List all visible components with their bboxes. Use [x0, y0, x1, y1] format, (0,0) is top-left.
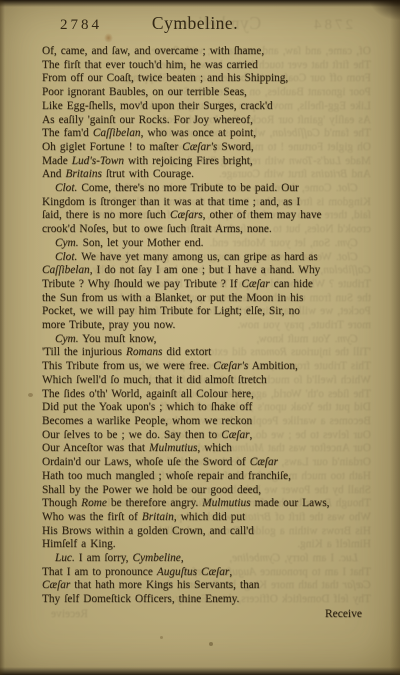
paper-stain: [160, 636, 163, 639]
text-line: And Britains ſtrut with Courage.: [42, 168, 378, 182]
paper-stain: [104, 33, 113, 43]
text-line: Oh giglet Fortune ! to maſter Cæſar's Sw…: [42, 141, 378, 155]
scan-edge-bottom: [0, 667, 400, 675]
running-title: Cymbeline.: [110, 13, 280, 34]
text-line: crook'd Noſes, but to owe ſuch ſtrait Ar…: [42, 223, 378, 237]
text-line: Cym. Son, let your Mother end.: [42, 237, 378, 251]
scan-edge-corner: [370, 0, 400, 20]
text-line: Cæſar that hath more Kings his Servants,…: [42, 579, 378, 593]
page-number: 2784: [60, 17, 102, 34]
text-line: Luc. I am ſorry, Cymbeline,: [42, 552, 378, 566]
text-line: The ſides o'th' World, againſt all Colou…: [42, 388, 378, 402]
text-line: Poor ignorant Baubles, on our terrible S…: [42, 86, 378, 100]
text-line: Clot. We have yet many among us, can gri…: [42, 251, 378, 265]
text-line: Tribute ? Why ſhould we pay Tribute ? If…: [42, 278, 378, 292]
text-line: Becomes a warlike People, whom we reckon: [42, 415, 378, 429]
catchword: Receive: [325, 608, 362, 620]
text-line: That I am to pronounce Auguſtus Cæſar,: [42, 566, 378, 580]
text-line: the Sun from us with a Blanket, or put t…: [42, 292, 378, 306]
text-line: Himſelf a King.: [42, 538, 378, 552]
scan-edge-left: [0, 0, 5, 675]
text-line: Shall by the Power we hold be our good d…: [42, 484, 378, 498]
text-line: Which ſwell'd ſo much, that it did almoſ…: [42, 374, 378, 388]
book-page: 2784 Cymbeline. Of, came, and ſaw, and o…: [0, 0, 400, 675]
text-line: Kingdom is ſtronger than it was at that …: [42, 196, 378, 210]
text-line: Clot. Come, there's no more Tribute to b…: [42, 182, 378, 196]
scan-edge-top: [0, 0, 400, 7]
text-line: This Tribute from us, we were free. Cæſa…: [42, 360, 378, 374]
text-line: His Brows within a golden Crown, and cal…: [42, 525, 378, 539]
text-line: Who was the firſt of Britain, which did …: [42, 511, 378, 525]
text-line: Pocket, we will pay him Tribute for Ligh…: [42, 305, 378, 319]
text-line: Cym. You muſt know,: [42, 333, 378, 347]
text-line: The fam'd Caſſibelan, who was once at po…: [42, 127, 378, 141]
text-line: Ordain'd our Laws, whoſe uſe the Sword o…: [42, 456, 378, 470]
scan-edge-right: [390, 0, 400, 675]
text-line: As eaſily 'gainſt our Rocks. For Joy whe…: [42, 114, 378, 128]
text-line: Our Anceſtor was that Mulmutius, which: [42, 442, 378, 456]
text-line: Made Lud's-Town with rejoicing Fires bri…: [42, 155, 378, 169]
text-line: Our ſelves to be ; we do. Say then to Cæ…: [42, 429, 378, 443]
text-line: Of, came, and ſaw, and overcame ; with ſ…: [42, 45, 378, 59]
text-line: 'Till the injurious Romans did extort: [42, 346, 378, 360]
text-line: Caſſibelan, I do not ſay I am one ; but …: [42, 264, 378, 278]
text-line: The firſt that ever touch'd him, he was …: [42, 59, 378, 73]
text-line: Though Rome be therefore angry. Mulmutiu…: [42, 497, 378, 511]
text-line: From off our Coaſt, twice beaten ; and h…: [42, 72, 378, 86]
text-line: more Tribute, pray you now.: [42, 319, 378, 333]
paper-stain: [28, 393, 33, 397]
page-text: Of, came, and ſaw, and overcame ; with ſ…: [42, 45, 378, 607]
text-line: Thy ſelf Domeſtick Officers, thine Enemy…: [42, 593, 378, 607]
text-line: Hath too much mangled ; whoſe repair and…: [42, 470, 378, 484]
text-line: Did put the Yoak upon's ; which to ſhake…: [42, 401, 378, 415]
text-line: Like Egg-ſhells, mov'd upon their Surges…: [42, 100, 378, 114]
text-line: ſaid, there is no more ſuch Cæſars, othe…: [42, 209, 378, 223]
bleed-page-number: 2784: [311, 17, 353, 34]
paper-stain: [209, 642, 213, 646]
